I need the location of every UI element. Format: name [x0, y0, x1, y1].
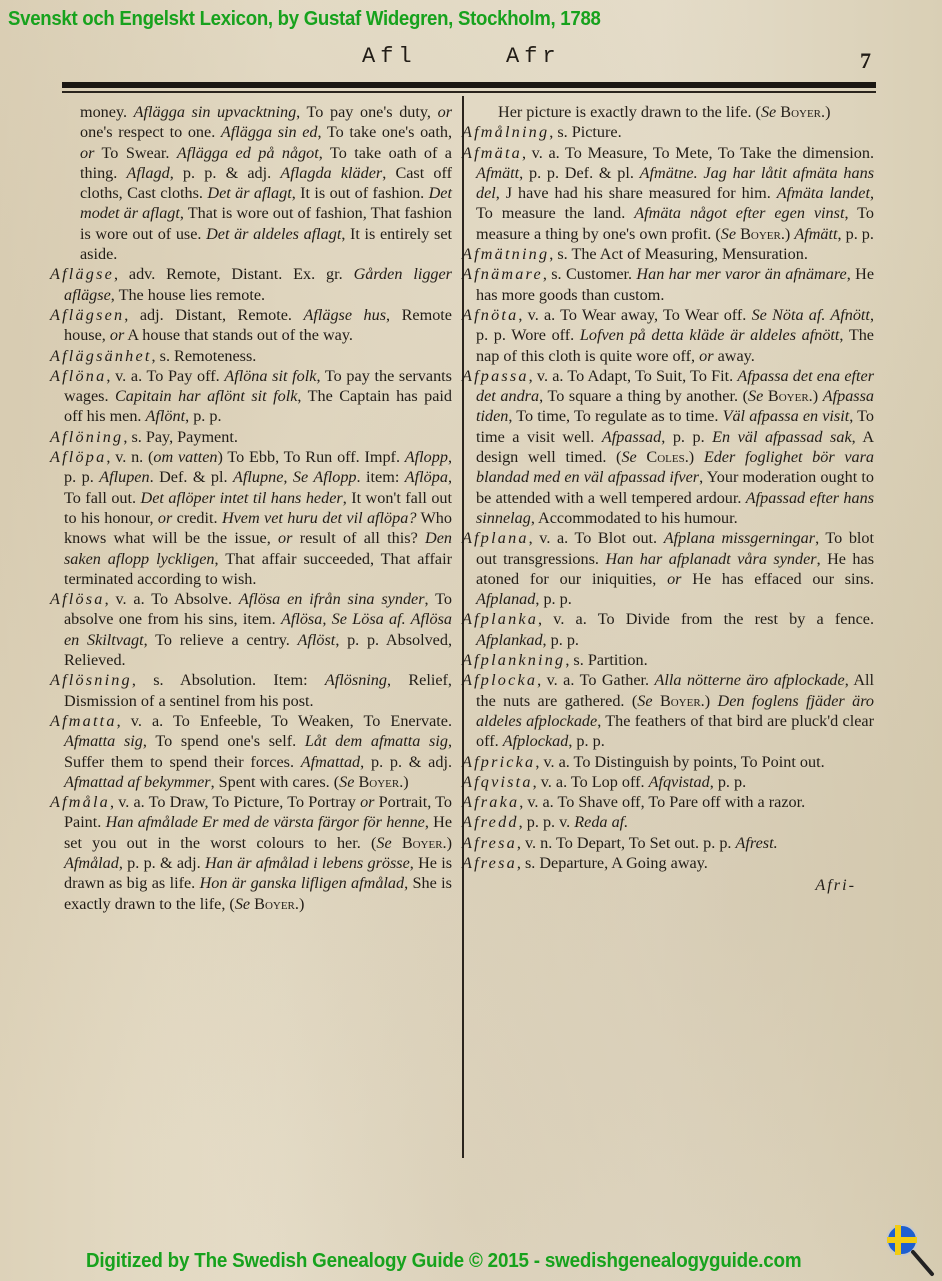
swedish-example: Aflägse hus	[303, 306, 386, 324]
swedish-example: Låt dem afmatta sig	[305, 732, 448, 750]
definition-text: ) To Ebb, To Run off. Impf.	[218, 448, 405, 466]
dictionary-entry: Afpassa, v. a. To Adapt, To Suit, To Fit…	[462, 366, 874, 528]
definition-text: , v. n. (	[106, 448, 153, 466]
swedish-example: Aflupen	[99, 468, 149, 486]
headword: Afmatta	[50, 712, 117, 730]
definition-text: He has effaced our sins.	[681, 570, 874, 588]
definition-text: , p. p.	[543, 631, 579, 649]
definition-text: , p. p.	[661, 428, 712, 446]
definition-text: , p. p.	[838, 225, 874, 243]
swedish-example: Hon är ganska lifligen afmålad	[200, 874, 405, 892]
definition-text: )	[299, 895, 304, 913]
definition-text: , v. a. To Blot out.	[529, 529, 664, 547]
swedish-example: Afmattad af bekymmer	[64, 773, 211, 791]
swedish-example: En väl afpassad sak	[712, 428, 851, 446]
definition-text: , To relieve a centry.	[144, 631, 298, 649]
definition-text: , p. p. & adj.	[360, 753, 452, 771]
swedish-example: Se	[761, 103, 776, 121]
swedish-example: or	[699, 347, 713, 365]
definition-text: , v. a. To Draw, To Picture, To Portray	[110, 793, 360, 811]
catchword: Afri-	[462, 875, 874, 895]
headword: Aflösa	[50, 590, 105, 608]
swedish-example: Aflagd	[127, 164, 170, 182]
swedish-example: Afmäta landet	[777, 184, 870, 202]
left-column: money. Aflägga sin upvacktning, To pay o…	[50, 102, 452, 914]
entry-continuation: money. Aflägga sin upvacktning, To pay o…	[50, 102, 452, 264]
dictionary-entry: Aflägse, adv. Remote, Distant. Ex. gr. G…	[50, 264, 452, 305]
dictionary-entry: Afplanka, v. a. To Divide from the rest …	[462, 609, 874, 650]
swedish-example: Afmäta något efter egen vinst	[634, 204, 844, 222]
swedish-example: Väl afpassa en visit	[723, 407, 850, 425]
swedish-example: om vatten	[153, 448, 217, 466]
swedish-example: Han har afplanadt våra synder	[605, 550, 816, 568]
definition-text: credit.	[172, 509, 222, 527]
definition-text: Her picture is exactly drawn to the life…	[498, 103, 761, 121]
dictionary-entry: Afpricka, v. a. To Distinguish by points…	[462, 752, 874, 772]
swedish-example: Afmattad	[301, 753, 360, 771]
definition-text: , To time, To regulate as to time.	[508, 407, 722, 425]
definition-text: , v. a. To Shave off, To Pare off with a…	[519, 793, 805, 811]
swedish-example: Aflopp	[405, 448, 448, 466]
dictionary-entry: Aflösa, v. a. To Absolve. Aflösa en ifrå…	[50, 589, 452, 670]
definition-text: , s. Pay, Payment.	[123, 428, 238, 446]
swedish-example: Aflösning	[325, 671, 387, 689]
running-head: Afl Afr 7	[0, 42, 942, 72]
swedish-example: Det aflöper intet til hans heder	[141, 489, 343, 507]
header-rule-thin	[62, 91, 876, 93]
headword: Aflägsen	[50, 306, 124, 324]
definition-text: money.	[80, 103, 134, 121]
definition-text: , adj. Distant, Remote.	[124, 306, 303, 324]
swedish-example: or	[158, 509, 172, 527]
dictionary-entry: Afmatta, v. a. To Enfeeble, To Weaken, T…	[50, 711, 452, 792]
swedish-example: Afmätt	[476, 164, 519, 182]
source-reference: Boyer.	[653, 692, 705, 710]
definition-text: , s. Customer.	[543, 265, 637, 283]
definition-text: , v. a. To Wear away, To Wear off.	[518, 306, 751, 324]
swedish-example: Se	[721, 225, 736, 243]
definition-text: )	[785, 225, 794, 243]
definition-text: , It is out of fashion.	[292, 184, 429, 202]
headword: Afpricka	[462, 753, 535, 771]
swedish-example: Afplanad	[476, 590, 535, 608]
definition-text: , v. a. To Gather.	[537, 671, 654, 689]
swedish-example: Se	[748, 387, 763, 405]
headword: Afmäta	[462, 144, 522, 162]
dictionary-entry: Afresa, s. Departure, A Going away.	[462, 853, 874, 873]
swedish-example: Det är aflagt	[207, 184, 291, 202]
source-reference: Boyer.	[776, 103, 825, 121]
definition-text: , s. Partition.	[565, 651, 647, 669]
swedish-example: Capitain har aflönt sit folk	[115, 387, 297, 405]
swedish-example: Afplana missgerningar	[664, 529, 815, 547]
definition-text: , J have had his share measured for him.	[496, 184, 777, 202]
headword: Afplana	[462, 529, 529, 547]
running-head-right: Afr	[506, 44, 561, 69]
swedish-example: Afplockad	[503, 732, 569, 750]
swedish-example: Hvem vet huru det vil aflöpa?	[222, 509, 417, 527]
headword: Afpassa	[462, 367, 529, 385]
dictionary-entry: Aflägsänhet, s. Remoteness.	[50, 346, 452, 366]
definition-text: , p. p.	[535, 590, 571, 608]
swedish-example: Reda af.	[574, 813, 628, 831]
dictionary-entry: Afmätning, s. The Act of Measuring, Mens…	[462, 244, 874, 264]
swedish-example: Afmätt	[794, 225, 837, 243]
swedish-example: Afqvistad	[649, 773, 710, 791]
definition-text: . Def. & pl.	[150, 468, 233, 486]
definition-text: , p. p. & adj.	[170, 164, 281, 182]
dictionary-entry: Afnämare, s. Customer. Han har mer varor…	[462, 264, 874, 305]
dictionary-entry: Afnöta, v. a. To Wear away, To Wear off.…	[462, 305, 874, 366]
headword: Afresa	[462, 834, 517, 852]
swedish-example: Aflägga sin upvacktning	[134, 103, 297, 121]
source-reference: Boyer.	[763, 387, 812, 405]
definition-text: , To take one's oath,	[318, 123, 453, 141]
swedish-example: Alla nötterne äro afplockade	[655, 671, 845, 689]
definition-text: , To spend one's self.	[143, 732, 305, 750]
definition-text: , v. a. To Distinguish by points, To Poi…	[535, 753, 824, 771]
source-reference: Boyer.	[354, 773, 403, 791]
definition-text: , Spent with cares. (	[211, 773, 340, 791]
headword: Afmålning	[462, 123, 549, 141]
dictionary-entry: Aflöna, v. a. To Pay off. Aflöna sit fol…	[50, 366, 452, 427]
definition-text: , p. p. & adj.	[119, 854, 205, 872]
definition-text: , s. Departure, A Going away.	[517, 854, 708, 872]
headword: Aflägsänhet	[50, 347, 152, 365]
swedish-example: or	[110, 326, 124, 344]
dictionary-entry: Aflöning, s. Pay, Payment.	[50, 427, 452, 447]
headword: Afplocka	[462, 671, 537, 689]
right-column: Her picture is exactly drawn to the life…	[462, 102, 874, 896]
definition-text: , p. p. v.	[519, 813, 575, 831]
header-rule-thick	[62, 82, 876, 88]
definition-text: , The house lies remote.	[111, 286, 265, 304]
definition-text: , v. a. To Absolve.	[105, 590, 239, 608]
definition-text: , v. a. To Enfeeble, To Weaken, To Enerv…	[117, 712, 452, 730]
entry-continuation: Her picture is exactly drawn to the life…	[462, 102, 874, 122]
headword: Aflöpa	[50, 448, 106, 466]
site-title-banner: Svenskt och Engelskt Lexicon, by Gustaf …	[8, 8, 601, 31]
swedish-example: or	[360, 793, 374, 811]
definition-text: one's respect to one.	[80, 123, 221, 141]
definition-text: , v. a. To Measure, To Mete, To Take the…	[522, 144, 874, 162]
swedish-example: Han är afmålad i lebens grösse	[205, 854, 410, 872]
swedish-example: or	[278, 529, 292, 547]
definition-text: , To pay one's duty,	[296, 103, 437, 121]
definition-text: , Accommodated to his humour.	[531, 509, 738, 527]
swedish-example: Aflöna sit folk	[224, 367, 316, 385]
definition-text: , p. p.	[568, 732, 604, 750]
swedish-example: or	[80, 144, 94, 162]
headword: Aflägse	[50, 265, 114, 283]
headword: Afredd	[462, 813, 519, 831]
source-reference: Coles.	[637, 448, 689, 466]
swedish-example: Afrest.	[736, 834, 778, 852]
definition-text: To Swear.	[94, 144, 176, 162]
swedish-example: Han afmålade Er med de värsta färgor för…	[106, 813, 425, 831]
swedish-example: Aflägga ed på något	[177, 144, 319, 162]
swedish-example: Se	[637, 692, 652, 710]
definition-text: )	[689, 448, 704, 466]
definition-text: )	[825, 103, 830, 121]
dictionary-entry: Afplana, v. a. To Blot out. Afplana miss…	[462, 528, 874, 609]
definition-text: , v. n. To Depart, To Set out. p. p.	[517, 834, 736, 852]
definition-text: , v. a. To Adapt, To Suit, To Fit.	[529, 367, 738, 385]
swedish-example: Lofven på detta kläde är aldeles afnött	[580, 326, 840, 344]
definition-text: )	[403, 773, 408, 791]
definition-text: . item:	[357, 468, 405, 486]
digitized-credit-banner: Digitized by The Swedish Genealogy Guide…	[86, 1250, 801, 1273]
headword: Afplankning	[462, 651, 565, 669]
definition-text: , adv. Remote, Distant. Ex. gr.	[114, 265, 354, 283]
dictionary-entry: Afplankning, s. Partition.	[462, 650, 874, 670]
dictionary-entry: Afraka, v. a. To Shave off, To Pare off …	[462, 792, 874, 812]
headword: Afnämare	[462, 265, 543, 283]
swedish-flag-magnifier-icon	[884, 1222, 938, 1278]
swedish-example: Afmatta sig	[64, 732, 143, 750]
dictionary-entry: Afmålning, s. Picture.	[462, 122, 874, 142]
definition-text: , s. Remoteness.	[152, 347, 257, 365]
definition-text: away.	[714, 347, 755, 365]
headword: Aflöning	[50, 428, 123, 446]
source-reference: Boyer.	[392, 834, 447, 852]
headword: Afmåla	[50, 793, 110, 811]
headword: Aflösning	[50, 671, 132, 689]
definition-text: , v. a. To Pay off.	[106, 367, 224, 385]
dictionary-entry: Afmåla, v. a. To Draw, To Picture, To Po…	[50, 792, 452, 914]
swedish-example: Han har mer varor än afnämare	[636, 265, 846, 283]
headword: Afqvista	[462, 773, 533, 791]
swedish-example: Se	[235, 895, 250, 913]
swedish-example: Aflagda kläder	[280, 164, 382, 182]
definition-text: )	[705, 692, 718, 710]
swedish-example: Se	[376, 834, 391, 852]
dictionary-entry: Aflösning, s. Absolution. Item: Aflösnin…	[50, 670, 452, 711]
definition-text: , p. p. Def. & pl.	[519, 164, 640, 182]
swedish-example: Aflöpa	[405, 468, 448, 486]
definition-text: , s. The Act of Measuring, Mensuration.	[549, 245, 808, 263]
dictionary-entry: Afmäta, v. a. To Measure, To Mete, To Ta…	[462, 143, 874, 244]
definition-text: )	[447, 834, 452, 852]
definition-text: , To square a thing by another. (	[539, 387, 748, 405]
definition-text: A house that stands out of the way.	[124, 326, 353, 344]
dictionary-entry: Afresa, v. n. To Depart, To Set out. p. …	[462, 833, 874, 853]
headword: Afnöta	[462, 306, 518, 324]
headword: Aflöna	[50, 367, 106, 385]
swedish-example: Afplankad	[476, 631, 543, 649]
definition-text: , p. p.	[185, 407, 221, 425]
definition-text: , v. a. To Lop off.	[533, 773, 649, 791]
dictionary-entry: Aflägsen, adj. Distant, Remote. Aflägse …	[50, 305, 452, 346]
headword: Afraka	[462, 793, 519, 811]
swedish-example: or	[667, 570, 681, 588]
headword: Afresa	[462, 854, 517, 872]
swedish-example: Se Nöta af. Afnött	[752, 306, 870, 324]
swedish-example: Aflönt	[146, 407, 186, 425]
headword: Afplanka	[462, 610, 538, 628]
swedish-example: Aflupne, Se Aflopp	[233, 468, 356, 486]
dictionary-entry: Afredd, p. p. v. Reda af.	[462, 812, 874, 832]
swedish-example: Se	[339, 773, 354, 791]
definition-text: )	[813, 387, 823, 405]
definition-text: , v. a. To Divide from the rest by a fen…	[538, 610, 874, 628]
definition-text: result of all this?	[292, 529, 425, 547]
source-reference: Boyer.	[736, 225, 785, 243]
running-head-left: Afl	[362, 44, 417, 69]
source-reference: Boyer.	[250, 895, 299, 913]
headword: Afmätning	[462, 245, 549, 263]
swedish-example: Aflägga sin ed	[221, 123, 318, 141]
swedish-example: Aflöst	[298, 631, 336, 649]
swedish-example: Aflösa en ifrån sina synder	[239, 590, 425, 608]
swedish-example: Afpassad	[602, 428, 661, 446]
page-number: 7	[860, 48, 871, 74]
definition-text: , s. Picture.	[549, 123, 621, 141]
definition-text: , p. p.	[710, 773, 746, 791]
dictionary-entry: Aflöpa, v. n. (om vatten) To Ebb, To Run…	[50, 447, 452, 589]
dictionary-entry: Afplocka, v. a. To Gather. Alla nötterne…	[462, 670, 874, 751]
swedish-example: Afmålad	[64, 854, 119, 872]
swedish-example: Se	[621, 448, 636, 466]
dictionary-entry: Afqvista, v. a. To Lop off. Afqvistad, p…	[462, 772, 874, 792]
definition-text: , s. Absolution. Item:	[132, 671, 325, 689]
swedish-example: Det är aldeles aflagt	[206, 225, 341, 243]
swedish-example: or	[438, 103, 452, 121]
